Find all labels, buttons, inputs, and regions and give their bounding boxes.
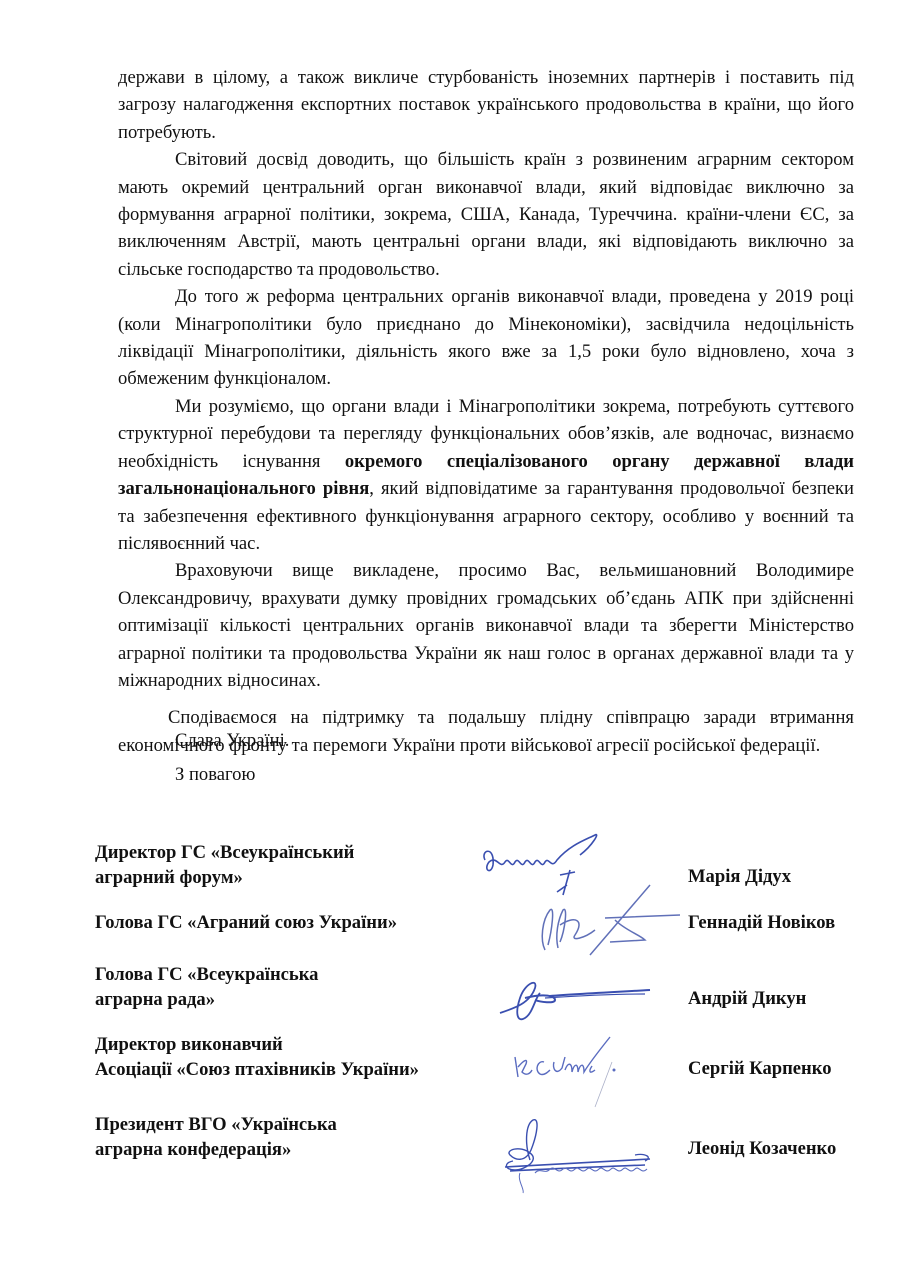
signatory-4-title-line2: Асоціації «Союз птахівників України»: [95, 1057, 475, 1082]
closing-salute: Слава Україні.: [175, 730, 289, 752]
paragraph-4: Ми розуміємо, що органи влади і Мінагроп…: [118, 393, 854, 557]
signatory-4-title-line1: Директор виконавчий: [95, 1032, 475, 1057]
signatory-1-title: Директор ГС «Всеукраїнський аграрний фор…: [95, 840, 475, 890]
signatory-2-title-line1: Голова ГС «Аграний союз України»: [95, 910, 475, 935]
signatory-5-title: Президент ВГО «Українська аграрна конфед…: [95, 1112, 475, 1162]
paragraph-5: Враховуючи вище викладене, просимо Вас, …: [118, 557, 854, 694]
signatory-5-title-line2: аграрна конфедерація»: [95, 1137, 475, 1162]
signatory-2-name: Геннадій Новіков: [688, 910, 835, 935]
signature-2-icon: [530, 880, 690, 965]
signatory-5-name: Леонід Козаченко: [688, 1136, 836, 1161]
signature-4-icon: [510, 1032, 660, 1112]
signatory-2-title: Голова ГС «Аграний союз України»: [95, 910, 475, 935]
signatory-3-title: Голова ГС «Всеукраїнська аграрна рада»: [95, 962, 475, 1012]
signature-3-icon: [495, 968, 665, 1033]
signatory-1-title-line2: аграрний форум»: [95, 865, 475, 890]
letter-page: держави в цілому, а також викличе стурбо…: [0, 0, 902, 1280]
signatory-5-title-line1: Президент ВГО «Українська: [95, 1112, 475, 1137]
closing-regards: З повагою: [175, 764, 255, 786]
letter-body: держави в цілому, а також викличе стурбо…: [118, 64, 854, 759]
signatory-1-title-line1: Директор ГС «Всеукраїнський: [95, 840, 475, 865]
signatory-3-name: Андрій Дикун: [688, 986, 806, 1011]
paragraph-3: До того ж реформа центральних органів ви…: [118, 283, 854, 393]
signatory-3-title-line1: Голова ГС «Всеукраїнська: [95, 962, 475, 987]
paragraph-1: держави в цілому, а також викличе стурбо…: [118, 64, 854, 146]
signatory-4-title: Директор виконавчий Асоціації «Союз птах…: [95, 1032, 475, 1082]
signatory-1-name: Марія Дідух: [688, 864, 791, 889]
paragraph-2: Світовий досвід доводить, що більшість к…: [118, 146, 854, 283]
signature-5-icon: [495, 1115, 665, 1200]
signatory-4-name: Сергій Карпенко: [688, 1056, 832, 1081]
signatory-3-title-line2: аграрна рада»: [95, 987, 475, 1012]
